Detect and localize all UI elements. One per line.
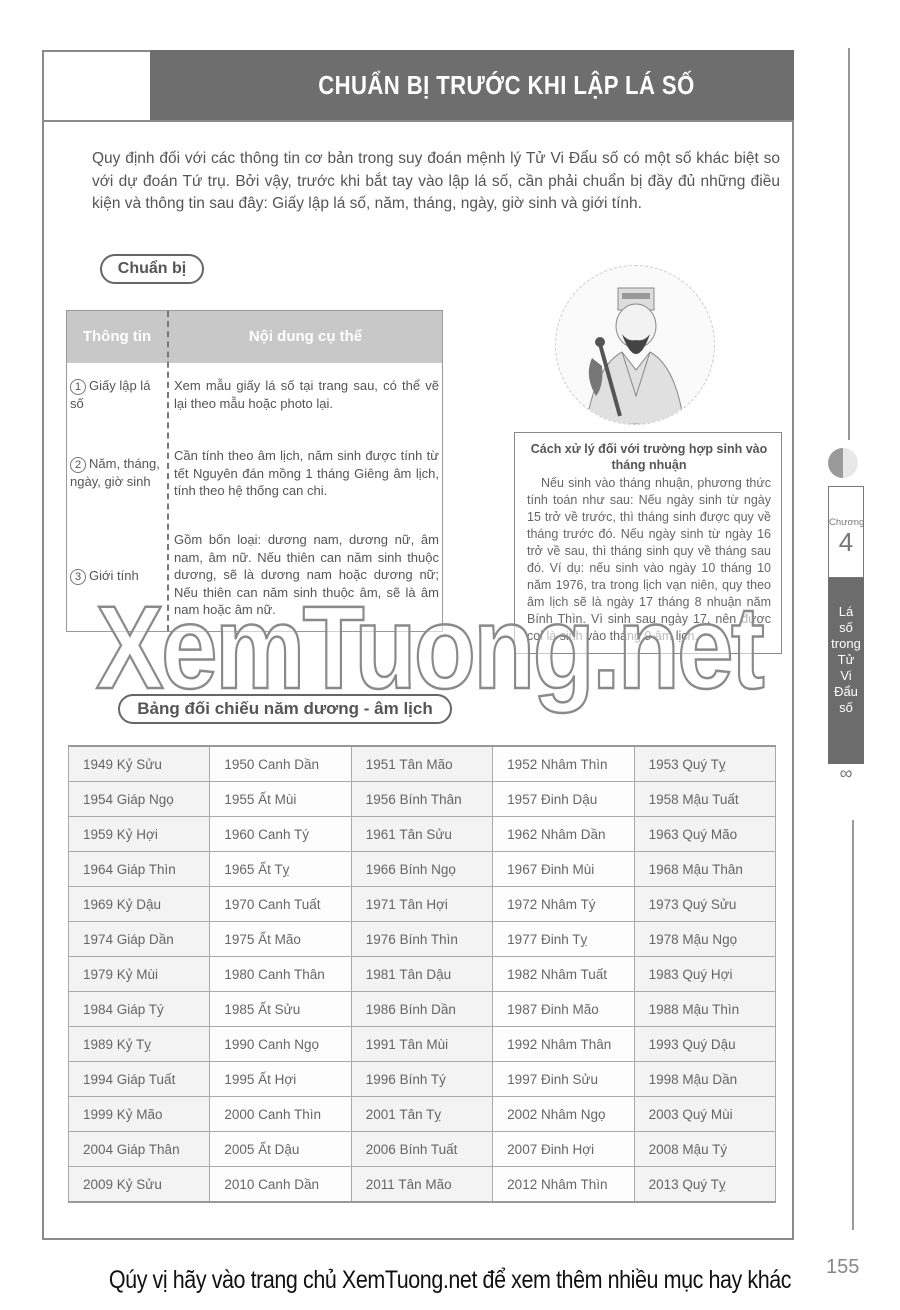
table-row: 1959 Kỷ Hợi1960 Canh Tý1961 Tân Sửu1962 … (69, 817, 776, 852)
year-cell: 1977 Đinh Tỵ (493, 922, 634, 957)
year-cell: 2001 Tân Tỵ (351, 1097, 492, 1132)
section-heading-preparation: Chuẩn bị (100, 254, 204, 284)
table-row: 1979 Kỷ Mùi1980 Canh Thân1981 Tân Dậu198… (69, 957, 776, 992)
year-cell: 1981 Tân Dậu (351, 957, 492, 992)
year-cell: 2004 Giáp Thân (69, 1132, 210, 1167)
year-cell: 1964 Giáp Thìn (69, 852, 210, 887)
year-cell: 1960 Canh Tý (210, 817, 351, 852)
chapter-title-line: Tử (828, 652, 864, 668)
year-cell: 1959 Kỷ Hợi (69, 817, 210, 852)
year-cell: 1993 Quý Dậu (634, 1027, 775, 1062)
table-row: 1969 Kỷ Dậu1970 Canh Tuất1971 Tân Hợi197… (69, 887, 776, 922)
year-cell: 1967 Đinh Mùi (493, 852, 634, 887)
year-cell: 1963 Quý Mão (634, 817, 775, 852)
year-cell: 1969 Kỷ Dậu (69, 887, 210, 922)
year-cell: 1958 Mậu Tuất (634, 782, 775, 817)
scholar-portrait-image (555, 265, 715, 425)
year-cell: 1966 Bính Ngọ (351, 852, 492, 887)
rail-line (852, 820, 854, 1230)
table-row: 1954 Giáp Ngọ1955 Ất Mùi1956 Bính Thân19… (69, 782, 776, 817)
year-cell: 1949 Kỷ Sửu (69, 746, 210, 782)
year-cell: 1979 Kỷ Mùi (69, 957, 210, 992)
year-cell: 1961 Tân Sửu (351, 817, 492, 852)
title-corner-box (42, 50, 152, 122)
year-cell: 1991 Tân Mùi (351, 1027, 492, 1062)
year-cell: 1968 Mậu Thân (634, 852, 775, 887)
year-cell: 1990 Canh Ngọ (210, 1027, 351, 1062)
table-row: 1984 Giáp Tý1985 Ất Sửu1986 Bính Dần1987… (69, 992, 776, 1027)
year-cell: 1975 Ất Mão (210, 922, 351, 957)
year-cell: 2006 Bính Tuất (351, 1132, 492, 1167)
year-cell: 1998 Mậu Dần (634, 1062, 775, 1097)
row-label-text: Giới tính (89, 568, 139, 583)
number-circle-icon: 1 (70, 379, 86, 395)
chapter-title-line: Vi (828, 668, 864, 684)
row-label: 3Giới tính (70, 567, 166, 585)
year-cell: 1951 Tân Mão (351, 746, 492, 782)
row-label: 2Năm, tháng, ngày, giờ sinh (70, 455, 166, 491)
year-cell: 2009 Kỷ Sửu (69, 1167, 210, 1203)
rail-line (848, 48, 850, 440)
title-banner: CHUẨN BỊ TRƯỚC KHI LẬP LÁ SỐ (150, 50, 794, 120)
chapter-title-line: Lá (828, 604, 864, 620)
year-cell: 1971 Tân Hợi (351, 887, 492, 922)
chapter-title-line: trong (828, 636, 864, 652)
year-cell: 1973 Quý Sửu (634, 887, 775, 922)
number-circle-icon: 3 (70, 569, 86, 585)
note-title: Cách xử lý đối với trường hợp sinh vào t… (527, 441, 771, 473)
year-cell: 1986 Bính Dần (351, 992, 492, 1027)
year-cell: 2005 Ất Dậu (210, 1132, 351, 1167)
row-label: 1Giấy lập lá số (70, 377, 166, 413)
table-row: 1964 Giáp Thìn1965 Ất Tỵ1966 Bính Ngọ196… (69, 852, 776, 887)
chapter-title-line: số (828, 620, 864, 636)
preparation-table: Thông tin Nội dung cụ thể 1Giấy lập lá s… (66, 310, 443, 632)
table-row: 1994 Giáp Tuất1995 Ất Hợi1996 Bính Tý199… (69, 1062, 776, 1097)
year-cell: 1965 Ất Tỵ (210, 852, 351, 887)
year-cell: 2012 Nhâm Thìn (493, 1167, 634, 1203)
preparation-heading-text: Chuẩn bị (118, 260, 186, 278)
year-cell: 2003 Quý Mùi (634, 1097, 775, 1132)
year-cell: 1983 Quý Hợi (634, 957, 775, 992)
chapter-title-line: Đẩu (828, 684, 864, 700)
year-cell: 1992 Nhâm Thân (493, 1027, 634, 1062)
year-cell: 1978 Mậu Ngọ (634, 922, 775, 957)
chapter-title-line: số (828, 700, 864, 716)
year-cell: 1952 Nhâm Thìn (493, 746, 634, 782)
page-title: CHUẨN BỊ TRƯỚC KHI LẬP LÁ SỐ (250, 70, 694, 101)
row-content: Xem mẫu giấy lá số tại trang sau, có thể… (174, 377, 439, 412)
note-body: Nếu sinh vào tháng nhuận, phương thức tí… (527, 475, 771, 645)
chapter-marker: Chương 4 (828, 486, 864, 578)
row-content: Cần tính theo âm lịch, năm sinh được tín… (174, 447, 439, 500)
year-cell: 1999 Kỷ Mão (69, 1097, 210, 1132)
year-cell: 1985 Ất Sửu (210, 992, 351, 1027)
year-cell: 1987 Đinh Mão (493, 992, 634, 1027)
year-cell: 1982 Nhâm Tuất (493, 957, 634, 992)
year-cell: 1994 Giáp Tuất (69, 1062, 210, 1097)
year-table-heading-text: Bảng đối chiếu năm dương - âm lịch (137, 699, 432, 719)
year-cell: 1953 Quý Tỵ (634, 746, 775, 782)
year-cell: 2013 Quý Tỵ (634, 1167, 775, 1203)
year-cell: 1988 Mậu Thìn (634, 992, 775, 1027)
year-cell: 1970 Canh Tuất (210, 887, 351, 922)
year-cell: 1997 Đinh Sửu (493, 1062, 634, 1097)
year-cell: 1955 Ất Mùi (210, 782, 351, 817)
table-row: 1989 Kỷ Tỵ1990 Canh Ngọ1991 Tân Mùi1992 … (69, 1027, 776, 1062)
table-row: 1999 Kỷ Mão2000 Canh Thìn2001 Tân Tỵ2002… (69, 1097, 776, 1132)
intro-text: Quy định đối với các thông tin cơ bản tr… (92, 148, 780, 216)
year-cell: 1974 Giáp Dần (69, 922, 210, 957)
number-circle-icon: 2 (70, 457, 86, 473)
year-conversion-table: 1949 Kỷ Sửu1950 Canh Dần1951 Tân Mão1952… (68, 745, 776, 1203)
year-cell: 1957 Đinh Dậu (493, 782, 634, 817)
year-cell: 2011 Tân Mão (351, 1167, 492, 1203)
table-row: 1949 Kỷ Sửu1950 Canh Dần1951 Tân Mão1952… (69, 746, 776, 782)
year-cell: 2007 Đinh Hợi (493, 1132, 634, 1167)
year-cell: 1995 Ất Hợi (210, 1062, 351, 1097)
chapter-number: 4 (829, 528, 863, 556)
year-cell: 1972 Nhâm Tý (493, 887, 634, 922)
chapter-title-tab: LásốtrongTửViĐẩusố (828, 578, 864, 764)
footer-link-text[interactable]: Qúy vị hãy vào trang chủ XemTuong.net để… (63, 1266, 837, 1295)
year-cell: 1989 Kỷ Tỵ (69, 1027, 210, 1062)
year-cell: 2002 Nhâm Ngọ (493, 1097, 634, 1132)
intro-paragraph: Quy định đối với các thông tin cơ bản tr… (92, 148, 780, 216)
row-content: Gồm bốn loại: dương nam, dương nữ, âm na… (174, 531, 439, 619)
year-cell: 1950 Canh Dần (210, 746, 351, 782)
year-cell: 2010 Canh Dần (210, 1167, 351, 1203)
year-cell: 1976 Bính Thìn (351, 922, 492, 957)
year-cell: 2000 Canh Thìn (210, 1097, 351, 1132)
yin-yang-icon (828, 448, 858, 478)
year-cell: 1996 Bính Tý (351, 1062, 492, 1097)
year-cell: 1980 Canh Thân (210, 957, 351, 992)
column-header-content: Nội dung cụ thể (167, 311, 444, 363)
table-row: 2004 Giáp Thân2005 Ất Dậu2006 Bính Tuất2… (69, 1132, 776, 1167)
year-cell: 2008 Mậu Tý (634, 1132, 775, 1167)
year-cell: 1954 Giáp Ngọ (69, 782, 210, 817)
section-heading-year-table: Bảng đối chiếu năm dương - âm lịch (118, 694, 452, 724)
leap-month-note: Cách xử lý đối với trường hợp sinh vào t… (514, 432, 782, 654)
table-row: 2009 Kỷ Sửu2010 Canh Dần2011 Tân Mão2012… (69, 1167, 776, 1203)
year-cell: 1956 Bính Thân (351, 782, 492, 817)
column-header-info: Thông tin (67, 311, 167, 363)
year-cell: 1962 Nhâm Dần (493, 817, 634, 852)
cloud-ornament-icon: ∞ (828, 764, 864, 782)
column-divider (167, 311, 169, 631)
year-cell: 1984 Giáp Tý (69, 992, 210, 1027)
table-row: 1974 Giáp Dần1975 Ất Mão1976 Bính Thìn19… (69, 922, 776, 957)
preparation-table-header: Thông tin Nội dung cụ thể (67, 311, 442, 363)
